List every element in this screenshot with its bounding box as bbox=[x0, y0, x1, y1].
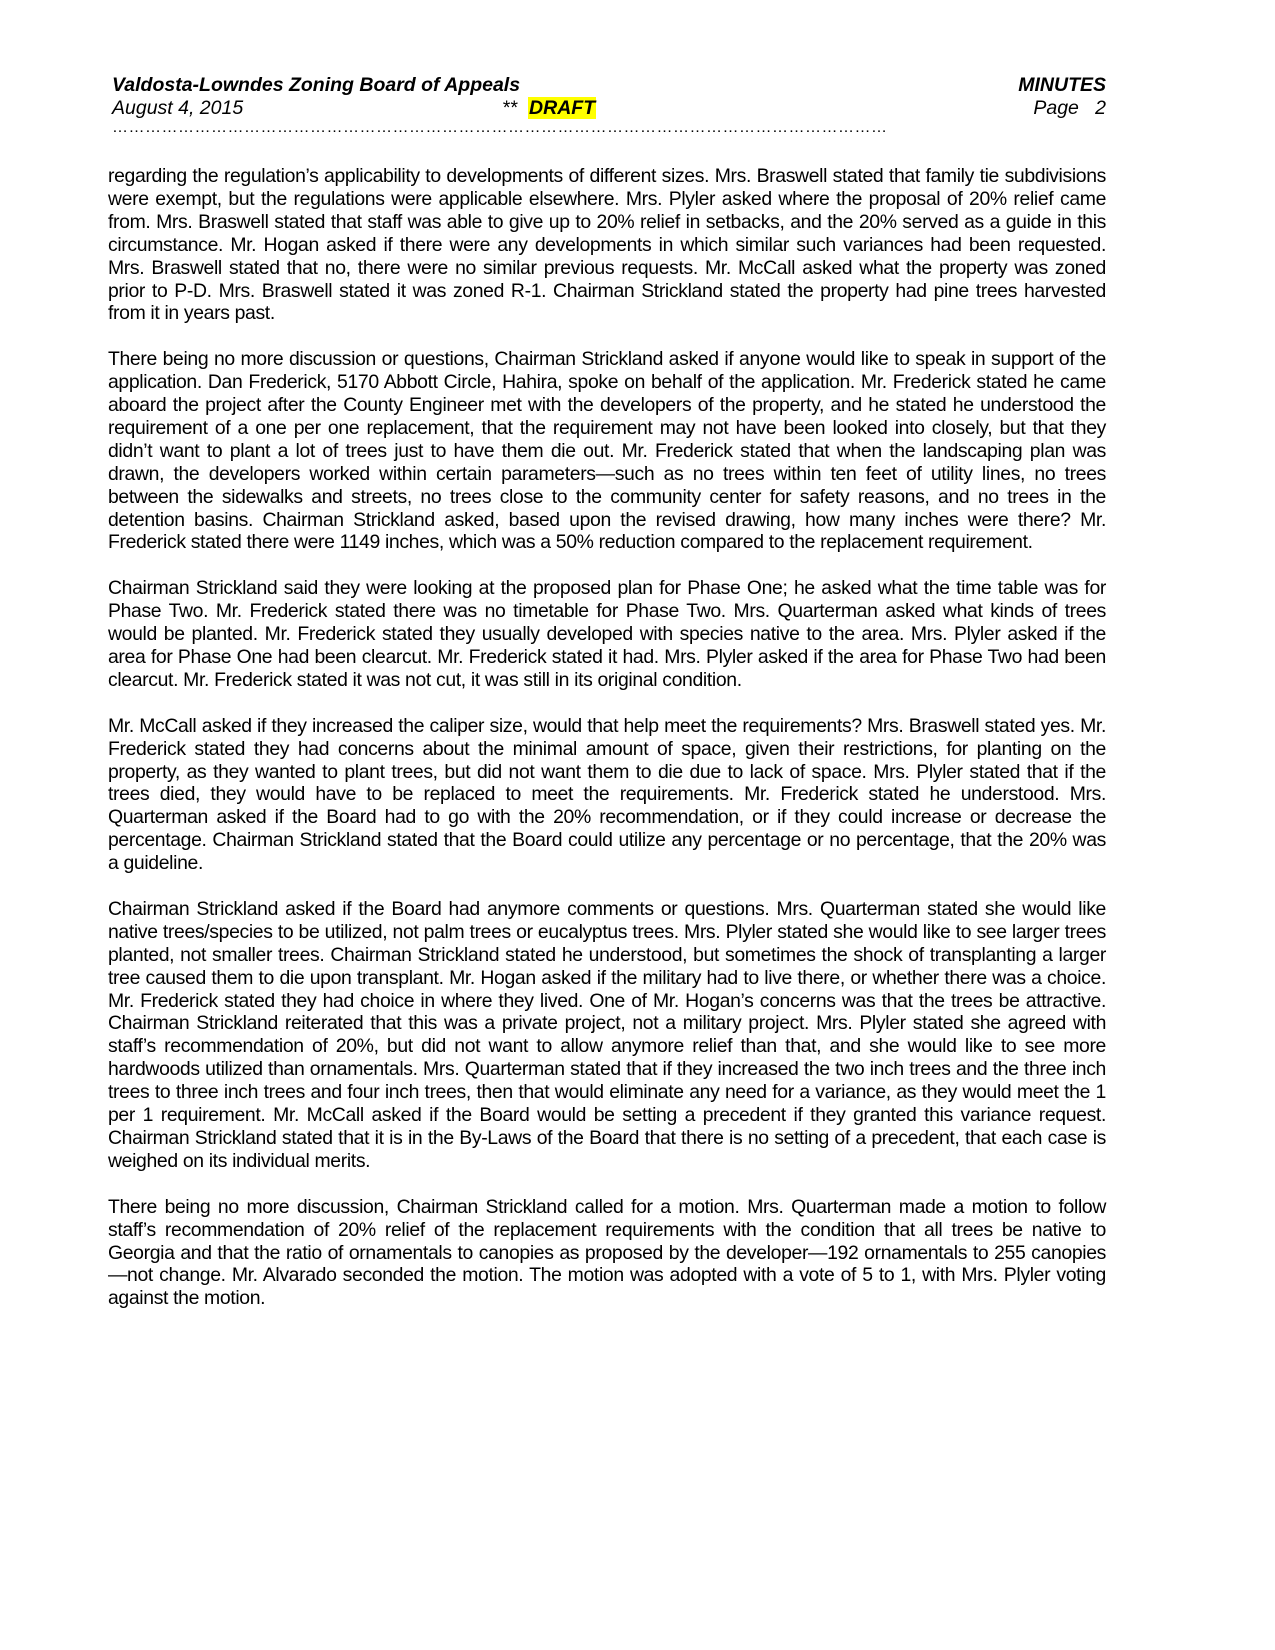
header-row-1: Valdosta-Lowndes Zoning Board of Appeals… bbox=[112, 74, 1106, 97]
draft-marker: ** DRAFT bbox=[502, 97, 596, 120]
draft-badge: DRAFT bbox=[528, 97, 596, 119]
paragraph: Chairman Strickland asked if the Board h… bbox=[108, 898, 1106, 1173]
paragraph: regarding the regulation’s applicability… bbox=[108, 165, 1106, 325]
paragraph: There being no more discussion, Chairman… bbox=[108, 1196, 1106, 1311]
paragraph: There being no more discussion or questi… bbox=[108, 348, 1106, 554]
document-type: MINUTES bbox=[1018, 74, 1106, 97]
paragraph: Mr. McCall asked if they increased the c… bbox=[108, 715, 1106, 875]
paragraph: Chairman Strickland said they were looki… bbox=[108, 577, 1106, 692]
page-number: Page 2 bbox=[1033, 97, 1106, 120]
document-page: Valdosta-Lowndes Zoning Board of Appeals… bbox=[0, 0, 1275, 1650]
organization-title: Valdosta-Lowndes Zoning Board of Appeals bbox=[112, 74, 520, 97]
minutes-body: regarding the regulation’s applicability… bbox=[108, 165, 1106, 1333]
meeting-date: August 4, 2015 bbox=[112, 97, 243, 120]
draft-prefix: ** bbox=[502, 97, 517, 119]
header-row-2: August 4, 2015 ** DRAFT Page 2 bbox=[112, 97, 1106, 120]
header-separator: …………………………………………………………………………………………………………… bbox=[112, 118, 1062, 138]
page-header: Valdosta-Lowndes Zoning Board of Appeals… bbox=[112, 74, 1106, 120]
